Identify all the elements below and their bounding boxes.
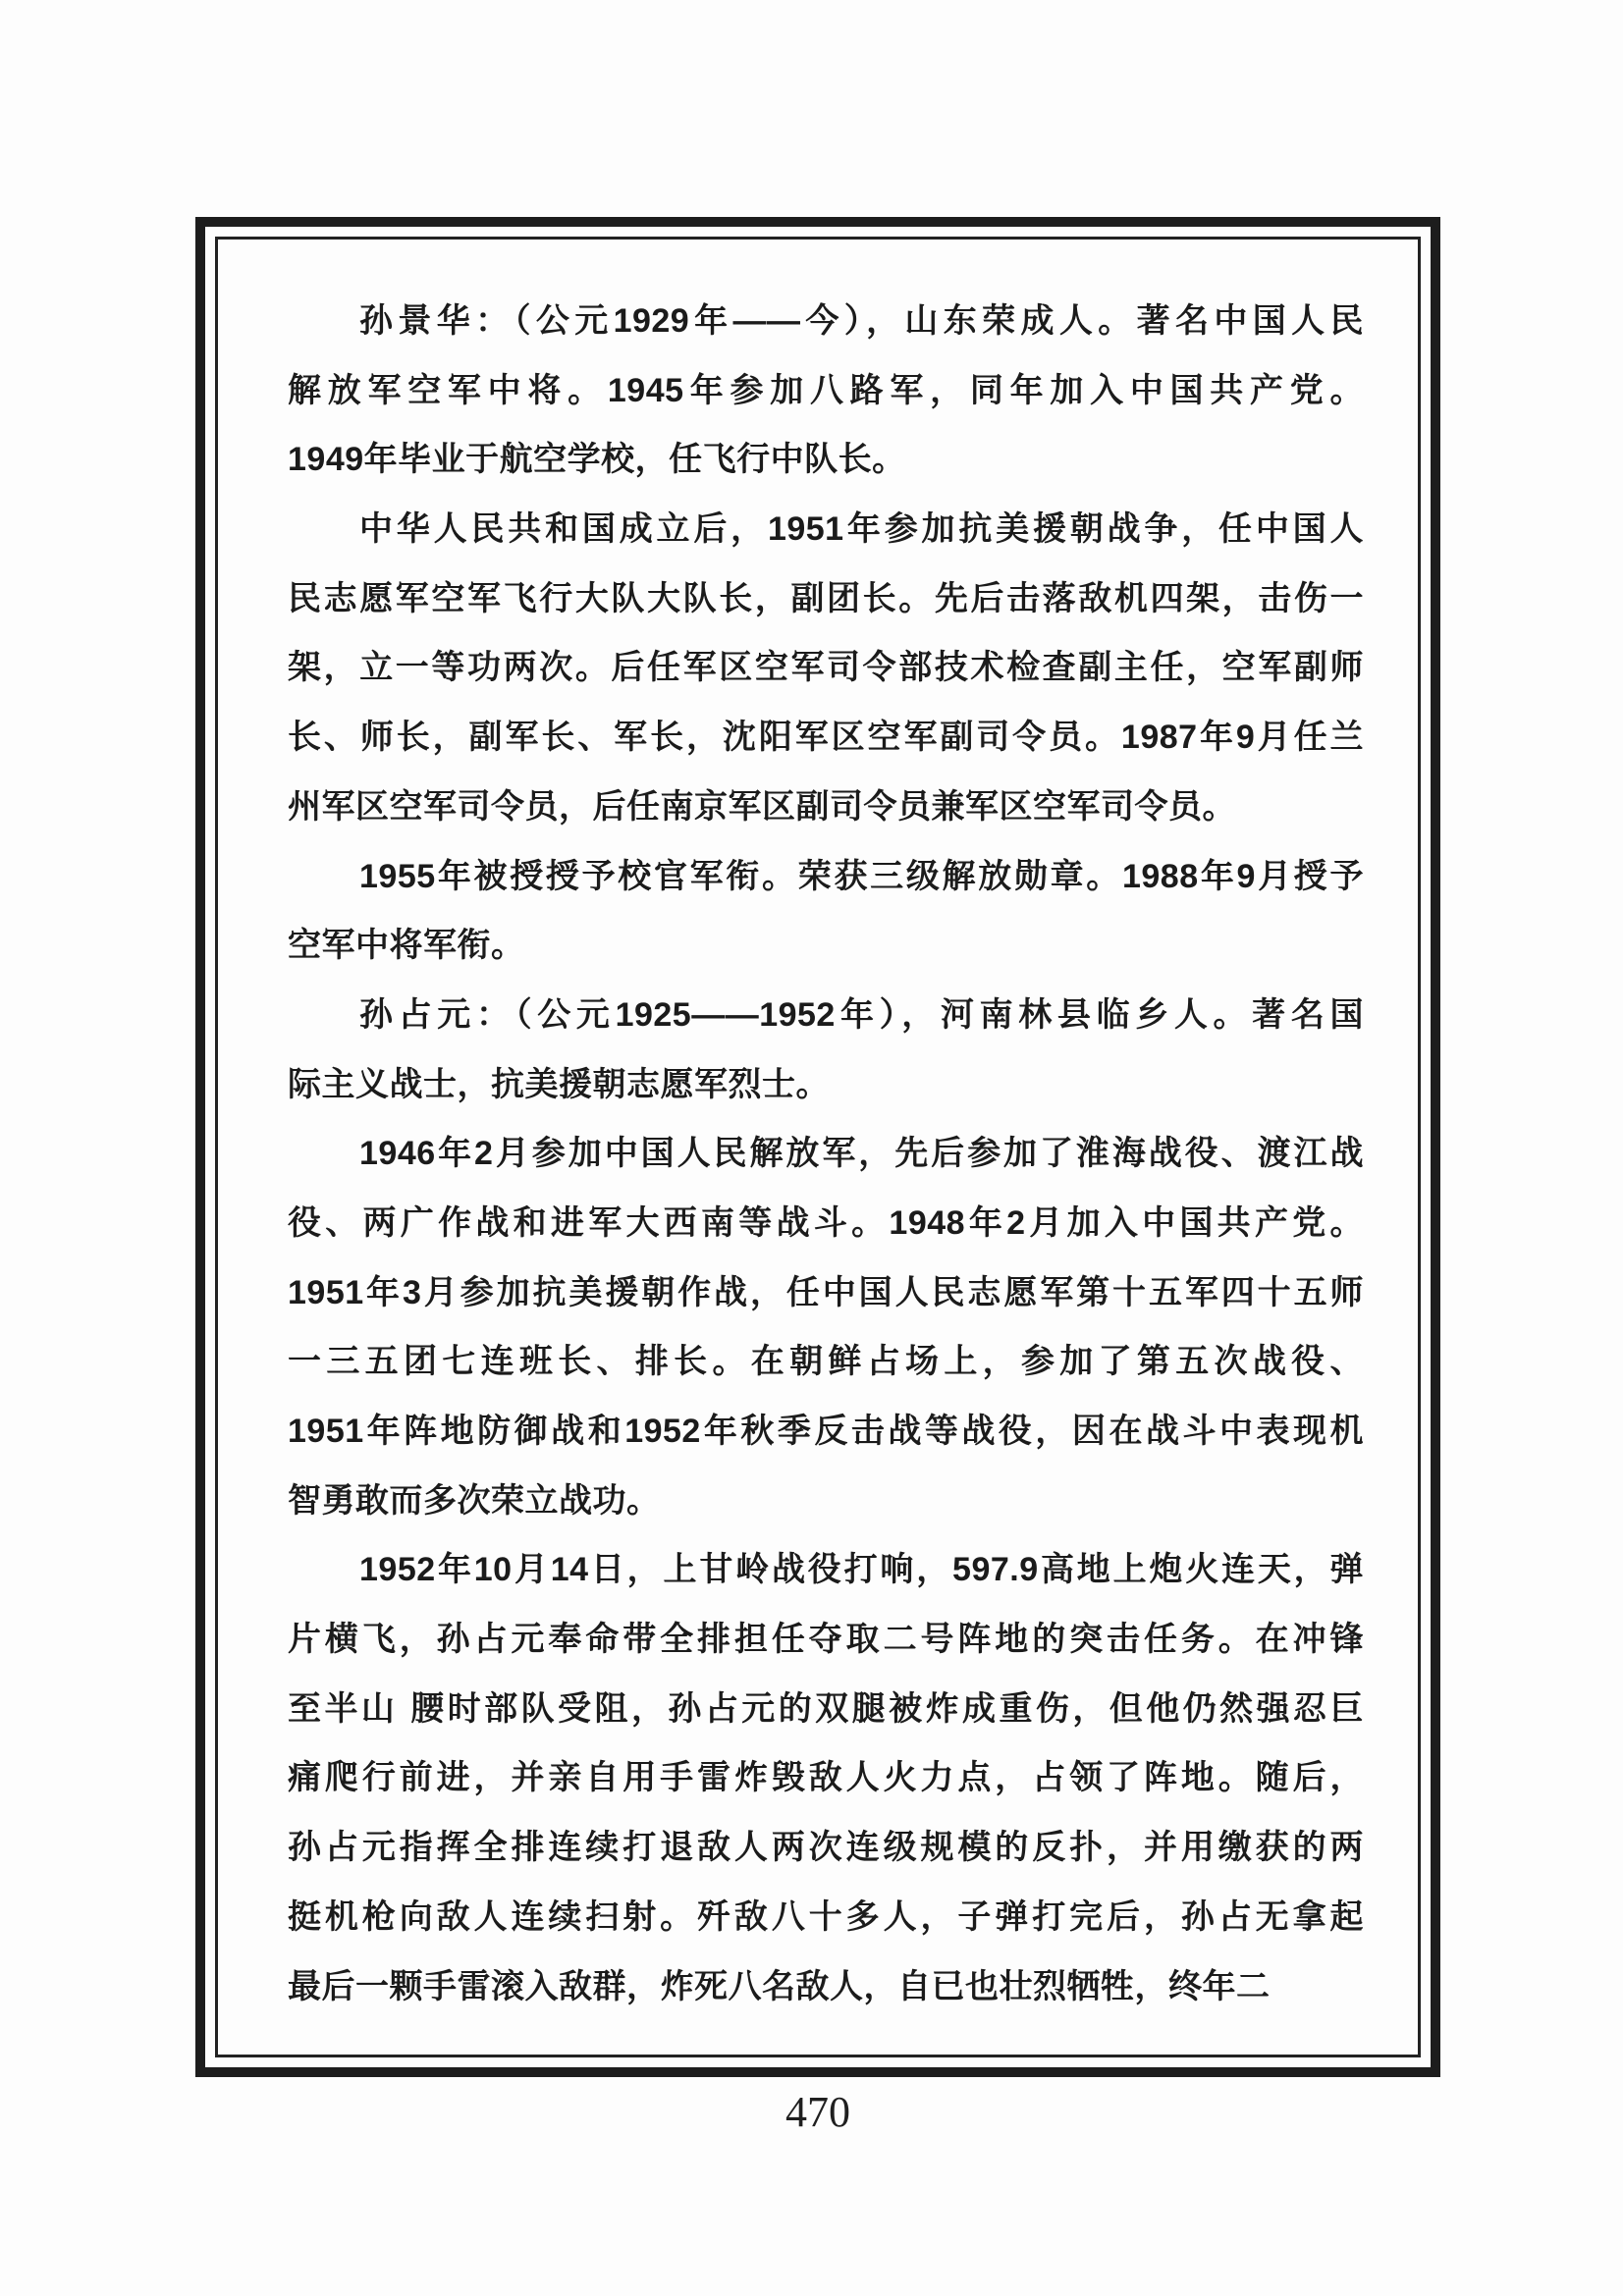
text-line: 智勇敢而多次荣立战功。 xyxy=(288,1467,1364,1536)
text-line: 州军区空军司令员，后任南京军区副司令员兼军区空军司令员。 xyxy=(288,773,1364,842)
text-line: 一三五团七连班长、排长。在朝鲜占场上，参加了第五次战役、 xyxy=(288,1327,1364,1397)
text-line: 空军中将军衔。 xyxy=(288,911,1364,981)
text-line: 际主义战士，抗美援朝志愿军烈士。 xyxy=(288,1050,1364,1120)
text-line: 长、师长，副军长、军长，沈阳军区空军副司令员。1987年9月任兰 xyxy=(288,703,1364,773)
text-line: 1946年2月参加中国人民解放军，先后参加了淮海战役、渡江战 xyxy=(288,1119,1364,1189)
text-line: 1952年10月14日，上甘岭战役打响，597.9高地上炮火连天，弹 xyxy=(288,1535,1364,1605)
text-line: 解放军空军中将。1945年参加八路军，同年加入中国共产党。 xyxy=(288,356,1364,426)
text-line: 中华人民共和国成立后，1951年参加抗美援朝战争，任中国人 xyxy=(288,495,1364,564)
text-line: 孙占元指挥全排连续打退敌人两次连级规模的反扑，并用缴获的两 xyxy=(288,1813,1364,1883)
text-line: 最后一颗手雷滚入敌群，炸死八名敌人，自已也壮烈牺牲，终年二 xyxy=(288,1952,1364,2022)
text-line: 1949年毕业于航空学校，任飞行中队长。 xyxy=(288,425,1364,495)
text-line: 役、两广作战和进军大西南等战斗。1948年2月加入中国共产党。 xyxy=(288,1189,1364,1258)
text-line: 至半山 腰时部队受阻，孙占元的双腿被炸成重伤，但他仍然强忍巨 xyxy=(288,1675,1364,1744)
text-line: 1951年阵地防御战和1952年秋季反击战等战役，因在战斗中表现机 xyxy=(288,1397,1364,1467)
text-line: 架，立一等功两次。后任军区空军司令部技术检查副主任，空军副师 xyxy=(288,633,1364,703)
text-line: 孙占元：（公元1925——1952年），河南林县临乡人。著名国 xyxy=(288,981,1364,1050)
text-line: 1951年3月参加抗美援朝作战，任中国人民志愿军第十五军四十五师 xyxy=(288,1258,1364,1328)
text-line: 1955年被授授予校官军衔。荣获三级解放勋章。1988年9月授予 xyxy=(288,842,1364,912)
book-page: 孙景华：（公元1929年——今），山东荣成人。著名中国人民解放军空军中将。194… xyxy=(0,0,1623,2296)
page-number: 470 xyxy=(195,2087,1440,2137)
text-line: 孙景华：（公元1929年——今），山东荣成人。著名中国人民 xyxy=(288,287,1364,356)
text-line: 民志愿军空军飞行大队大队长，副团长。先后击落敌机四架，击伤一 xyxy=(288,564,1364,634)
text-line: 片横飞，孙占元奉命带全排担任夺取二号阵地的突击任务。在冲锋 xyxy=(288,1605,1364,1675)
text-line: 挺机枪向敌人连续扫射。歼敌八十多人，子弹打完后，孙占无拿起 xyxy=(288,1883,1364,1952)
text-line: 痛爬行前进，并亲自用手雷炸毁敌人火力点，占领了阵地。随后， xyxy=(288,1743,1364,1813)
text-block: 孙景华：（公元1929年——今），山东荣成人。著名中国人民解放军空军中将。194… xyxy=(288,287,1364,2021)
